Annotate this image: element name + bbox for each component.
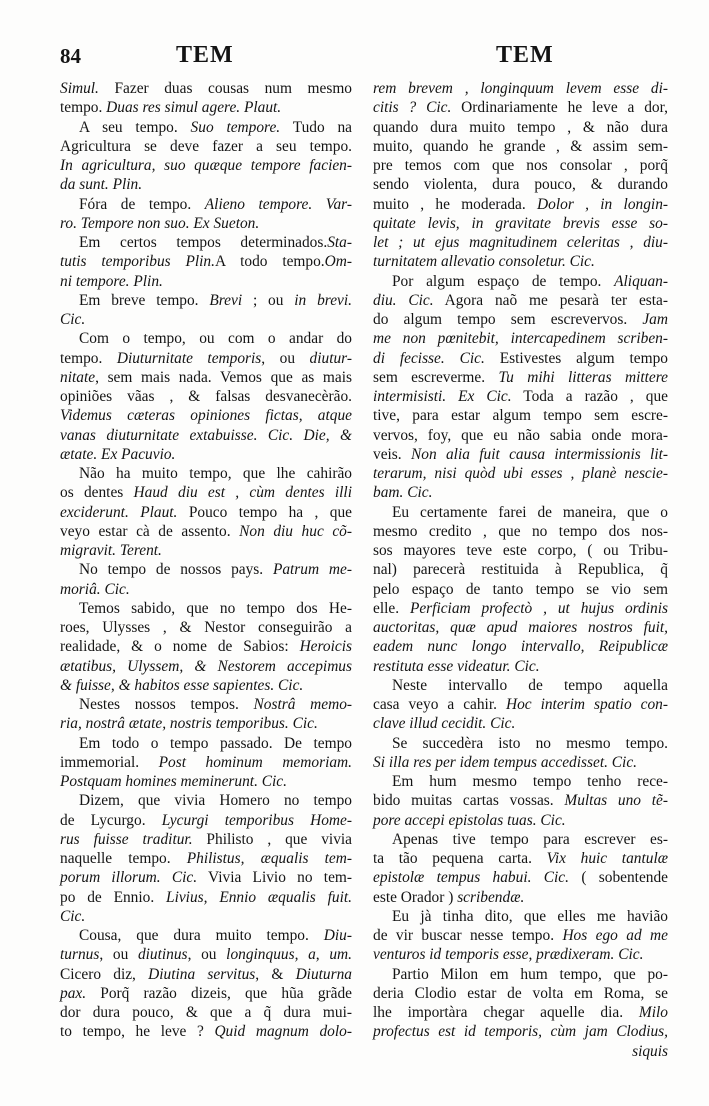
latin-citation: moriâ. Cic. xyxy=(60,581,130,598)
dictionary-page: 84 TEM TEM Simul. Fazer duas cousas num … xyxy=(0,0,709,1106)
latin-citation: da sunt. Plin. xyxy=(60,176,142,193)
text-line: casa veyo a cahir. Hoc interim spatio co… xyxy=(373,695,668,714)
text-line: bam. Cic. xyxy=(373,483,668,502)
text-line: immemorial. Post hominum memoriam. xyxy=(60,753,352,772)
latin-citation: Duas res simul agere. Plaut. xyxy=(106,99,281,116)
text-line: venturos id temporis esse, prædixeram. C… xyxy=(373,945,668,964)
text-line: po de Ennio. Livius, Ennio æqualis fuit. xyxy=(60,888,352,907)
portuguese-text: , sem mais nada. Vemos que as mais xyxy=(95,369,352,386)
text-line: di fecisse. Cic. Estivestes algum tempo xyxy=(373,349,668,368)
portuguese-text: vervos, foy, que eu não sabia onde mora- xyxy=(373,427,668,444)
text-line: Apenas tive tempo para escrever es- xyxy=(373,830,668,849)
text-line: vervos, foy, que eu não sabia onde mora- xyxy=(373,426,668,445)
text-line: ria, nostrâ ætate, nostris temporibus. C… xyxy=(60,714,352,733)
latin-citation: Cic. xyxy=(60,311,85,328)
portuguese-text: to tempo, he leve ? xyxy=(60,1023,214,1040)
text-line: to tempo, he leve ? Quid magnum dolo- xyxy=(60,1022,352,1041)
text-line: ro. Tempore non suo. Ex Sueton. xyxy=(60,214,352,233)
text-line: realidade, & o nome de Sabios: Heroicis xyxy=(60,637,352,656)
portuguese-text: Cicero diz, xyxy=(60,966,148,983)
portuguese-text: Por algum espaço de tempo. xyxy=(392,273,614,290)
latin-citation: siquis xyxy=(632,1043,668,1060)
latin-citation: ria, nostrâ ætate, nostris temporibus. C… xyxy=(60,715,318,732)
latin-citation: turnitatem allevatio consoletur. Cic. xyxy=(373,253,595,270)
portuguese-text: Com o tempo, ou com o andar do xyxy=(79,330,352,347)
latin-citation: longinquus, a, um. xyxy=(226,946,352,963)
text-line: auctoritas, quæ apud maiores nostros fui… xyxy=(373,618,668,637)
text-line: naquelle tempo. Philistus, æqualis tem- xyxy=(60,849,352,868)
portuguese-text: roes, Ulysses , & Nestor conseguirão a xyxy=(60,619,352,636)
text-line: pax. Porq̃ razão dizeis, que hũa grãde xyxy=(60,984,352,1003)
text-line: dor dura pouco, & que a q̃ dura mui- xyxy=(60,1003,352,1022)
text-line: profectus est id temporis, cùm jam Clodi… xyxy=(373,1022,668,1041)
text-line: Fóra de tempo. Alieno tempore. Var- xyxy=(60,195,352,214)
portuguese-text: pre temos com que nos consolar , porq̃ xyxy=(373,157,668,174)
latin-citation: tutis temporibus Plin. xyxy=(60,253,215,270)
text-line: Em breve tempo. Brevi ; ou in brevi. xyxy=(60,291,352,310)
text-line: turnitatem allevatio consoletur. Cic. xyxy=(373,252,668,271)
portuguese-text: Temos sabido, que no tempo dos He- xyxy=(79,600,352,617)
text-line: Dizem, que vivia Homero no tempo xyxy=(60,791,352,810)
latin-citation: profectus est id temporis, cùm jam Clodi… xyxy=(373,1023,668,1040)
text-line: clave illud cecidit. Cic. xyxy=(373,714,668,733)
latin-citation: turnus xyxy=(60,946,99,963)
portuguese-text: ta tão pequena carta. xyxy=(373,850,547,867)
portuguese-text: deria Clodio estar de volta em Roma, se xyxy=(373,985,668,1002)
text-line: Em hum mesmo tempo tenho rece- xyxy=(373,772,668,791)
portuguese-text: , & xyxy=(255,966,295,983)
latin-citation: vanas diuturnitate extabuisse. Cic. Die,… xyxy=(60,427,352,444)
portuguese-text: Eu jà tinha dito, que elles me havião xyxy=(392,908,668,925)
latin-citation: Multas uno tẽ- xyxy=(564,792,668,809)
text-line: veyo estar cà de assento. Non diu huc cõ… xyxy=(60,522,352,541)
portuguese-text: veis. xyxy=(373,446,411,463)
latin-citation: let ; ut ejus magnitudinem celeritas , d… xyxy=(373,234,668,251)
text-line: Temos sabido, que no tempo dos He- xyxy=(60,599,352,618)
latin-citation: Lycurgi temporibus Home- xyxy=(162,812,352,829)
text-line: da sunt. Plin. xyxy=(60,175,352,194)
latin-citation: Om- xyxy=(325,253,352,270)
text-line: tive, para estar algum tempo sem escre- xyxy=(373,406,668,425)
latin-citation: Quid magnum dolo- xyxy=(214,1023,352,1040)
portuguese-text: tempo. xyxy=(60,350,117,367)
portuguese-text: nal) parecerà restituida à Republica, q̃ xyxy=(373,561,668,578)
latin-citation: porum illorum. Cic. xyxy=(60,869,197,886)
portuguese-text: No tempo de nossos pays. xyxy=(79,561,273,578)
text-line: No tempo de nossos pays. Patrum me- xyxy=(60,560,352,579)
text-line: eadem nunc longo intervallo, Reipublicæ xyxy=(373,637,668,656)
text-line: do algum tempo sem escrevervos. Jam xyxy=(373,310,668,329)
portuguese-text: elle. xyxy=(373,600,410,617)
text-line: de Lycurgo. Lycurgi temporibus Home- xyxy=(60,811,352,830)
text-line: quitate levis, in gravitate brevis esse … xyxy=(373,214,668,233)
latin-citation: Tu mihi litteras mittere xyxy=(498,369,668,386)
latin-citation: eadem nunc longo intervallo, Reipublicæ xyxy=(373,638,668,655)
latin-citation: Simul. xyxy=(60,80,99,97)
latin-citation: exciderunt. Plaut. xyxy=(60,504,177,521)
text-line: deria Clodio estar de volta em Roma, se xyxy=(373,984,668,1003)
latin-citation: ætatibus, Ulyssem, & Nestorem accepimus xyxy=(60,658,352,675)
text-line: let ; ut ejus magnitudinem celeritas , d… xyxy=(373,233,668,252)
portuguese-text: Nestes nossos tempos. xyxy=(79,696,254,713)
latin-citation: Alieno tempore. Var- xyxy=(205,196,352,213)
text-line: Simul. Fazer duas cousas num mesmo xyxy=(60,79,352,98)
latin-citation: intermisisti. Ex Cic. xyxy=(373,388,512,405)
text-line: sos mayores teve este corpo, ( ou Tribu- xyxy=(373,541,668,560)
portuguese-text: Agora naõ me pesarà ter esta- xyxy=(434,292,668,309)
text-line: de vir buscar nesse tempo. Hos ego ad me xyxy=(373,926,668,945)
latin-citation: diu. Cic. xyxy=(373,292,434,309)
latin-citation: Suo tempore. xyxy=(191,119,281,136)
latin-citation: Non diu huc cõ- xyxy=(239,523,352,540)
text-line: Cic. xyxy=(60,310,352,329)
latin-citation: diutur- xyxy=(310,350,352,367)
latin-citation: di fecisse. Cic. xyxy=(373,350,485,367)
latin-citation: rem brevem , longinquum levem esse di- xyxy=(373,80,668,97)
latin-citation: ætate. Ex Pacuvio. xyxy=(60,446,175,463)
text-line: Neste intervallo de tempo aquella xyxy=(373,676,668,695)
text-line: porum illorum. Cic. Vivia Livio no tem- xyxy=(60,868,352,887)
portuguese-text: Agricultura se deve fazer a seu tempo. xyxy=(60,138,352,155)
portuguese-text: Se succedèra isto no mesmo tempo. xyxy=(392,735,668,752)
portuguese-text: sem escreverme. xyxy=(373,369,498,386)
text-line: veis. Non alia fuit causa intermissionis… xyxy=(373,445,668,464)
portuguese-text: Não ha muito tempo, que lhe cahirão xyxy=(79,465,352,482)
text-line: Com o tempo, ou com o andar do xyxy=(60,329,352,348)
latin-citation: Hos ego ad me xyxy=(562,927,668,944)
portuguese-text: naquelle tempo. xyxy=(60,850,187,867)
portuguese-text: este Orador ) xyxy=(373,889,457,906)
portuguese-text: de Lycurgo. xyxy=(60,812,162,829)
latin-citation: Non alia fuit causa intermissionis lit- xyxy=(411,446,668,463)
text-line: pre temos com que nos consolar , porq̃ xyxy=(373,156,668,175)
portuguese-text: sos mayores teve este corpo, ( ou Tribu- xyxy=(373,542,668,559)
text-line: Videmus cæteras opiniones fictas, atque xyxy=(60,406,352,425)
portuguese-text: Fazer duas cousas num mesmo xyxy=(99,80,352,97)
latin-citation: terarum, nisi quòd ubi esses , planè nes… xyxy=(373,465,668,482)
text-line: tempo. Duas res simul agere. Plaut. xyxy=(60,98,352,117)
latin-citation: nitate xyxy=(60,369,95,386)
latin-citation: Heroicis xyxy=(300,638,352,655)
page-number: 84 xyxy=(60,44,81,69)
latin-citation: Nostrâ memo- xyxy=(254,696,353,713)
right-column: rem brevem , longinquum levem esse di-ci… xyxy=(373,79,668,1061)
text-line: muito, quando he grande , & assim sem- xyxy=(373,137,668,156)
text-line: me non pœnitebit, intercapedinem scriben… xyxy=(373,329,668,348)
portuguese-text: do algum tempo sem escrevervos. xyxy=(373,311,642,328)
portuguese-text: po de Ennio. xyxy=(60,889,166,906)
portuguese-text: Partio Milon em hum tempo, que po- xyxy=(392,966,668,983)
latin-citation: Diu- xyxy=(324,927,352,944)
portuguese-text: Vivia Livio no tem- xyxy=(197,869,352,886)
headword-left: TEM xyxy=(176,42,234,69)
text-line: roes, Ulysses , & Nestor conseguirão a xyxy=(60,618,352,637)
text-line: tutis temporibus Plin.A todo tempo.Om- xyxy=(60,252,352,271)
portuguese-text: Cousa, que dura muito tempo. xyxy=(79,927,324,944)
portuguese-text: Pouco tempo ha , que xyxy=(177,504,352,521)
portuguese-text: Estivestes algum tempo xyxy=(485,350,668,367)
portuguese-text: A seu tempo. xyxy=(79,119,191,136)
portuguese-text: Neste intervallo de tempo aquella xyxy=(392,677,668,694)
portuguese-text: Em certos tempos determinados. xyxy=(79,234,327,251)
latin-citation: Cic. xyxy=(60,908,85,925)
portuguese-text: tive, para estar algum tempo sem escre- xyxy=(373,407,668,424)
latin-citation: venturos id temporis esse, prædixeram. C… xyxy=(373,946,643,963)
text-line: diu. Cic. Agora naõ me pesarà ter esta- xyxy=(373,291,668,310)
portuguese-text: realidade, & o nome de Sabios: xyxy=(60,638,300,655)
portuguese-text: Fóra de tempo. xyxy=(79,196,205,213)
latin-citation: Post hominum memoriam. xyxy=(159,754,352,771)
text-line: Postquam homines meminerunt. Cic. xyxy=(60,772,352,791)
latin-citation: Diuturna xyxy=(296,966,352,983)
text-line: moriâ. Cic. xyxy=(60,580,352,599)
latin-citation: epistolæ tempus habui. Cic. xyxy=(373,869,569,886)
portuguese-text: mesmo credito , que no tempo dos nos- xyxy=(373,523,668,540)
latin-citation: bam. Cic. xyxy=(373,484,432,501)
text-line: Por algum espaço de tempo. Aliquan- xyxy=(373,272,668,291)
text-line: intermisisti. Ex Cic. Toda a razão , que xyxy=(373,387,668,406)
latin-citation: scribendæ. xyxy=(457,889,524,906)
text-line: muito , he moderada. Dolor , in longin- xyxy=(373,195,668,214)
text-line: citis ? Cic. Ordinariamente he leve a do… xyxy=(373,98,668,117)
text-line: elle. Perficiam profectò , ut hujus ordi… xyxy=(373,599,668,618)
portuguese-text: opiniões vãas , & falsas desvanecèrão. xyxy=(60,388,352,405)
text-line: epistolæ tempus habui. Cic. ( sobentende xyxy=(373,868,668,887)
latin-citation: Postquam homines meminerunt. Cic. xyxy=(60,773,287,790)
headword-right: TEM xyxy=(496,42,554,69)
text-line: migravit. Terent. xyxy=(60,541,352,560)
text-line: Eu jà tinha dito, que elles me havião xyxy=(373,907,668,926)
latin-citation: Patrum me- xyxy=(273,561,352,578)
latin-citation: Vix huic tantulæ xyxy=(547,850,668,867)
latin-citation: & fuisse, & habitos esse sapientes. Cic. xyxy=(60,677,303,694)
text-line: Se succedèra isto no mesmo tempo. xyxy=(373,734,668,753)
text-line: lhe importàra chegar aquelle dia. Milo xyxy=(373,1003,668,1022)
text-line: Cicero diz, Diutina servitus, & Diuturna xyxy=(60,965,352,984)
left-column: Simul. Fazer duas cousas num mesmotempo.… xyxy=(60,79,352,1042)
latin-citation: Dolor , in longin- xyxy=(537,196,668,213)
portuguese-text: immemorial. xyxy=(60,754,159,771)
portuguese-text: Philisto , que vivia xyxy=(193,831,352,848)
latin-citation: rus fuisse traditur. xyxy=(60,831,193,848)
text-line: tempo. Diuturnitate temporis, ou diutur- xyxy=(60,349,352,368)
portuguese-text: Em hum mesmo tempo tenho rece- xyxy=(392,773,668,790)
latin-citation: clave illud cecidit. Cic. xyxy=(373,715,515,732)
text-line: opiniões vãas , & falsas desvanecèrão. xyxy=(60,387,352,406)
text-line: Agricultura se deve fazer a seu tempo. xyxy=(60,137,352,156)
portuguese-text: , ou xyxy=(261,350,309,367)
latin-citation: Hoc interim spatio con- xyxy=(506,696,668,713)
latin-citation: diutinus xyxy=(138,946,188,963)
latin-citation: me non pœnitebit, intercapedinem scriben… xyxy=(373,330,668,347)
portuguese-text: pelo espaço de tanto tempo se vio sem xyxy=(373,581,668,598)
text-line: Eu certamente farei de maneira, que o xyxy=(373,503,668,522)
latin-citation: ni tempore. Plin. xyxy=(60,273,163,290)
latin-citation: Milo xyxy=(639,1004,668,1021)
text-line: sendo violenta, dura pouco, & durando xyxy=(373,175,668,194)
portuguese-text: dor dura pouco, & que a q̃ dura mui- xyxy=(60,1004,352,1021)
portuguese-text: A todo tempo. xyxy=(215,253,325,270)
text-line: Si illa res per idem tempus accedisset. … xyxy=(373,753,668,772)
latin-citation: pax. xyxy=(60,985,86,1002)
latin-citation: Jam xyxy=(642,311,668,328)
text-line: Cic. xyxy=(60,907,352,926)
text-line: rem brevem , longinquum levem esse di- xyxy=(373,79,668,98)
running-header: 84 TEM TEM xyxy=(0,42,709,78)
latin-citation: Perficiam profectò , ut hujus ordinis xyxy=(410,600,668,617)
text-line: turnus, ou diutinus, ou longinquus, a, u… xyxy=(60,945,352,964)
text-line: siquis xyxy=(373,1042,668,1061)
portuguese-text: Ordinariamente he leve a dor, xyxy=(451,99,668,116)
text-line: vanas diuturnitate extabuisse. Cic. Die,… xyxy=(60,426,352,445)
latin-citation: Videmus cæteras opiniones fictas, atque xyxy=(60,407,352,424)
text-line: este Orador ) scribendæ. xyxy=(373,888,668,907)
portuguese-text: muito , he moderada. xyxy=(373,196,537,213)
latin-citation: auctoritas, quæ apud maiores nostros fui… xyxy=(373,619,668,636)
text-line: sem escreverme. Tu mihi litteras mittere xyxy=(373,368,668,387)
text-line: mesmo credito , que no tempo dos nos- xyxy=(373,522,668,541)
latin-citation: migravit. Terent. xyxy=(60,542,162,559)
text-line: & fuisse, & habitos esse sapientes. Cic. xyxy=(60,676,352,695)
latin-citation: Diuturnitate temporis xyxy=(117,350,261,367)
latin-citation: pore accepi epistolas tuas. Cic. xyxy=(373,812,566,829)
latin-citation: ro. Tempore non suo. Ex Sueton. xyxy=(60,215,259,232)
text-line: A seu tempo. Suo tempore. Tudo na xyxy=(60,118,352,137)
text-line: bido muitas cartas vossas. Multas uno tẽ… xyxy=(373,791,668,810)
text-line: pelo espaço de tanto tempo se vio sem xyxy=(373,580,668,599)
text-line: Não ha muito tempo, que lhe cahirão xyxy=(60,464,352,483)
latin-citation: citis ? Cic. xyxy=(373,99,451,116)
portuguese-text: ; ou xyxy=(242,292,294,309)
portuguese-text: ( sobentende xyxy=(569,869,668,886)
text-line: exciderunt. Plaut. Pouco tempo ha , que xyxy=(60,503,352,522)
portuguese-text: de vir buscar nesse tempo. xyxy=(373,927,562,944)
latin-citation: Diutina servitus xyxy=(148,966,255,983)
text-line: nal) parecerà restituida à Republica, q̃ xyxy=(373,560,668,579)
text-line: Nestes nossos tempos. Nostrâ memo- xyxy=(60,695,352,714)
text-line: Partio Milon em hum tempo, que po- xyxy=(373,965,668,984)
portuguese-text: Em todo o tempo passado. De tempo xyxy=(79,735,352,752)
portuguese-text: lhe importàra chegar aquelle dia. xyxy=(373,1004,639,1021)
text-line: terarum, nisi quòd ubi esses , planè nes… xyxy=(373,464,668,483)
text-line: quando dura muito tempo , & não dura xyxy=(373,118,668,137)
latin-citation: Philistus, æqualis tem- xyxy=(187,850,352,867)
latin-citation: Livius, Ennio æqualis fuit. xyxy=(166,889,352,906)
text-line: ta tão pequena carta. Vix huic tantulæ xyxy=(373,849,668,868)
portuguese-text: sendo violenta, dura pouco, & durando xyxy=(373,176,668,193)
latin-citation: In agricultura, suo quæque tempore facie… xyxy=(60,157,352,174)
text-line: pore accepi epistolas tuas. Cic. xyxy=(373,811,668,830)
text-line: In agricultura, suo quæque tempore facie… xyxy=(60,156,352,175)
text-line: Em certos tempos determinados.Sta- xyxy=(60,233,352,252)
text-line: Cousa, que dura muito tempo. Diu- xyxy=(60,926,352,945)
latin-citation: Si illa res per idem tempus accedisset. … xyxy=(373,754,637,771)
portuguese-text: Toda a razão , que xyxy=(512,388,668,405)
portuguese-text: bido muitas cartas vossas. xyxy=(373,792,564,809)
text-line: ætate. Ex Pacuvio. xyxy=(60,445,352,464)
portuguese-text: tempo. xyxy=(60,99,106,116)
text-line: Em todo o tempo passado. De tempo xyxy=(60,734,352,753)
latin-citation: in brevi. xyxy=(294,292,352,309)
portuguese-text: Tudo na xyxy=(280,119,352,136)
text-line: ætatibus, Ulyssem, & Nestorem accepimus xyxy=(60,657,352,676)
portuguese-text: Eu certamente farei de maneira, que o xyxy=(392,504,668,521)
latin-citation: Brevi xyxy=(209,292,242,309)
portuguese-text: quando dura muito tempo , & não dura xyxy=(373,119,668,136)
text-line: os dentes Haud diu est , cùm dentes illi xyxy=(60,483,352,502)
portuguese-text: Dizem, que vivia Homero no tempo xyxy=(79,792,352,809)
latin-citation: quitate levis, in gravitate brevis esse … xyxy=(373,215,668,232)
portuguese-text: muito, quando he grande , & assim sem- xyxy=(373,138,668,155)
portuguese-text: Apenas tive tempo para escrever es- xyxy=(392,831,668,848)
portuguese-text: os dentes xyxy=(60,484,134,501)
portuguese-text: Em breve tempo. xyxy=(79,292,209,309)
latin-citation: Aliquan- xyxy=(614,273,668,290)
latin-citation: Sta- xyxy=(327,234,352,251)
portuguese-text: veyo estar cà de assento. xyxy=(60,523,239,540)
text-line: rus fuisse traditur. Philisto , que vivi… xyxy=(60,830,352,849)
portuguese-text: Porq̃ razão dizeis, que hũa grãde xyxy=(86,985,352,1002)
portuguese-text: casa veyo a cahir. xyxy=(373,696,506,713)
text-line: restituta esse videatur. Cic. xyxy=(373,657,668,676)
latin-citation: restituta esse videatur. Cic. xyxy=(373,658,540,675)
portuguese-text: , ou xyxy=(99,946,138,963)
portuguese-text: , ou xyxy=(188,946,227,963)
text-line: ni tempore. Plin. xyxy=(60,272,352,291)
text-line: nitate, sem mais nada. Vemos que as mais xyxy=(60,368,352,387)
latin-citation: Haud diu est , cùm dentes illi xyxy=(134,484,352,501)
